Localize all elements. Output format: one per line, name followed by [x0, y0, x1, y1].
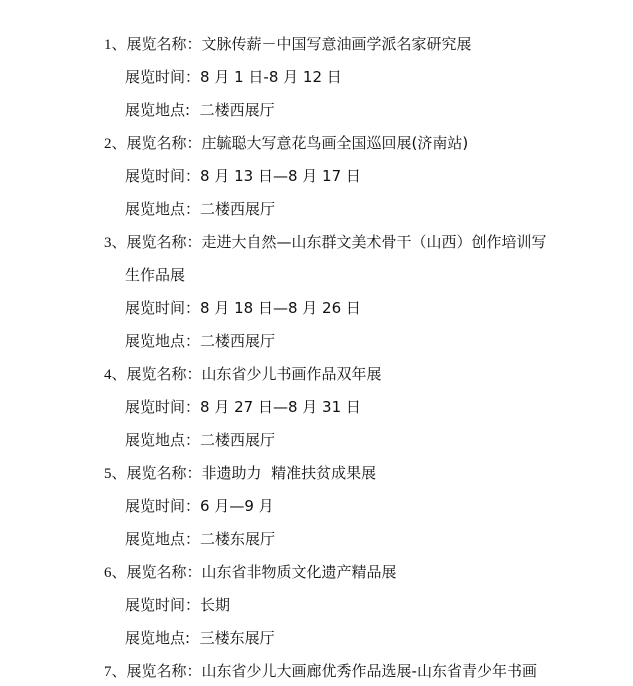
- exhibition-time: 6 月—9 月: [200, 497, 274, 515]
- exhibition-5-name-line: 5、展览名称：非遗助力 精准扶贫成果展: [0, 457, 633, 490]
- time-label: 展览时间：: [125, 299, 200, 317]
- exhibition-place: 二楼西展厅: [200, 431, 275, 449]
- exhibition-3-name-line: 3、展览名称：走进大自然—山东群文美术骨干（山西）创作培训写: [0, 226, 633, 259]
- name-label: 展览名称：: [127, 134, 202, 152]
- exhibition-2-name-line: 2、展览名称：庄毓聪大写意花鸟画全国巡回展(济南站): [0, 127, 633, 160]
- exhibition-number: 7、: [104, 664, 127, 680]
- place-label: 展览地点：: [125, 200, 200, 218]
- place-label: 展览地点：: [125, 431, 200, 449]
- exhibition-4-time-line: 展览时间：8 月 27 日—8 月 31 日: [0, 391, 633, 424]
- name-label: 展览名称：: [127, 464, 202, 482]
- exhibition-list: 1、展览名称：文脉传薪－中国写意油画学派名家研究展 展览时间：8 月 1 日-8…: [0, 28, 633, 686]
- exhibition-1-time-line: 展览时间：8 月 1 日-8 月 12 日: [0, 61, 633, 94]
- exhibition-name: 非遗助力 精准扶贫成果展: [202, 464, 377, 482]
- exhibition-name: 走进大自然—山东群文美术骨干（山西）创作培训写: [202, 233, 547, 251]
- exhibition-3-time-line: 展览时间：8 月 18 日—8 月 26 日: [0, 292, 633, 325]
- exhibition-6-place-line: 展览地点: 三楼东展厅: [0, 622, 633, 655]
- exhibition-place: 二楼西展厅: [200, 332, 275, 350]
- time-label: 展览时间：: [125, 497, 200, 515]
- exhibition-name: 山东省少儿书画作品双年展: [202, 365, 382, 383]
- exhibition-6-name-line: 6、展览名称：山东省非物质文化遗产精品展: [0, 556, 633, 589]
- name-label: 展览名称：: [127, 233, 202, 251]
- exhibition-time: 8 月 27 日—8 月 31 日: [200, 398, 361, 416]
- exhibition-4-name-line: 4、展览名称：山东省少儿书画作品双年展: [0, 358, 633, 391]
- exhibition-name: 山东省非物质文化遗产精品展: [202, 563, 397, 581]
- exhibition-place: 二楼东展厅: [200, 530, 275, 548]
- exhibition-time: 8 月 1 日-8 月 12 日: [200, 68, 342, 86]
- name-label: 展览名称：: [127, 365, 202, 383]
- name-label: 展览名称：: [127, 35, 202, 53]
- exhibition-name: 庄毓聪大写意花鸟画全国巡回展(济南站): [202, 134, 469, 152]
- exhibition-number: 1、: [104, 37, 127, 53]
- exhibition-1-place-line: 展览地点: 二楼西展厅: [0, 94, 633, 127]
- exhibition-time: 8 月 13 日—8 月 17 日: [200, 167, 361, 185]
- time-label: 展览时间：: [125, 398, 200, 416]
- exhibition-place: 二楼西展厅: [190, 101, 275, 119]
- exhibition-number: 6、: [104, 565, 127, 581]
- exhibition-number: 3、: [104, 235, 127, 251]
- time-label: 展览时间：: [125, 596, 200, 614]
- exhibition-2-place-line: 展览地点：二楼西展厅: [0, 193, 633, 226]
- exhibition-6-time-line: 展览时间：长期: [0, 589, 633, 622]
- exhibition-7-name-line: 7、展览名称：山东省少儿大画廊优秀作品选展-山东省青少年书画: [0, 655, 633, 686]
- exhibition-number: 2、: [104, 136, 127, 152]
- exhibition-number: 5、: [104, 466, 127, 482]
- exhibition-name: 文脉传薪－中国写意油画学派名家研究展: [202, 35, 472, 53]
- exhibition-time: 长期: [200, 596, 230, 614]
- name-label: 展览名称：: [127, 662, 202, 680]
- time-label: 展览时间：: [125, 68, 200, 86]
- place-label: 展览地点：: [125, 332, 200, 350]
- exhibition-number: 4、: [104, 367, 127, 383]
- exhibition-3-place-line: 展览地点：二楼西展厅: [0, 325, 633, 358]
- exhibition-place: 三楼东展厅: [190, 629, 275, 647]
- exhibition-place: 二楼西展厅: [200, 200, 275, 218]
- exhibition-5-place-line: 展览地点：二楼东展厅: [0, 523, 633, 556]
- place-label: 展览地点:: [125, 629, 190, 647]
- place-label: 展览地点:: [125, 101, 190, 119]
- exhibition-name: 山东省少儿大画廊优秀作品选展-山东省青少年书画: [202, 662, 537, 680]
- exhibition-1-name-line: 1、展览名称：文脉传薪－中国写意油画学派名家研究展: [0, 28, 633, 61]
- exhibition-5-time-line: 展览时间：6 月—9 月: [0, 490, 633, 523]
- time-label: 展览时间：: [125, 167, 200, 185]
- exhibition-3-name-continuation: 生作品展: [0, 259, 633, 292]
- exhibition-4-place-line: 展览地点：二楼西展厅: [0, 424, 633, 457]
- place-label: 展览地点：: [125, 530, 200, 548]
- name-label: 展览名称：: [127, 563, 202, 581]
- exhibition-name-continuation: 生作品展: [125, 266, 185, 284]
- exhibition-time: 8 月 18 日—8 月 26 日: [200, 299, 361, 317]
- exhibition-2-time-line: 展览时间：8 月 13 日—8 月 17 日: [0, 160, 633, 193]
